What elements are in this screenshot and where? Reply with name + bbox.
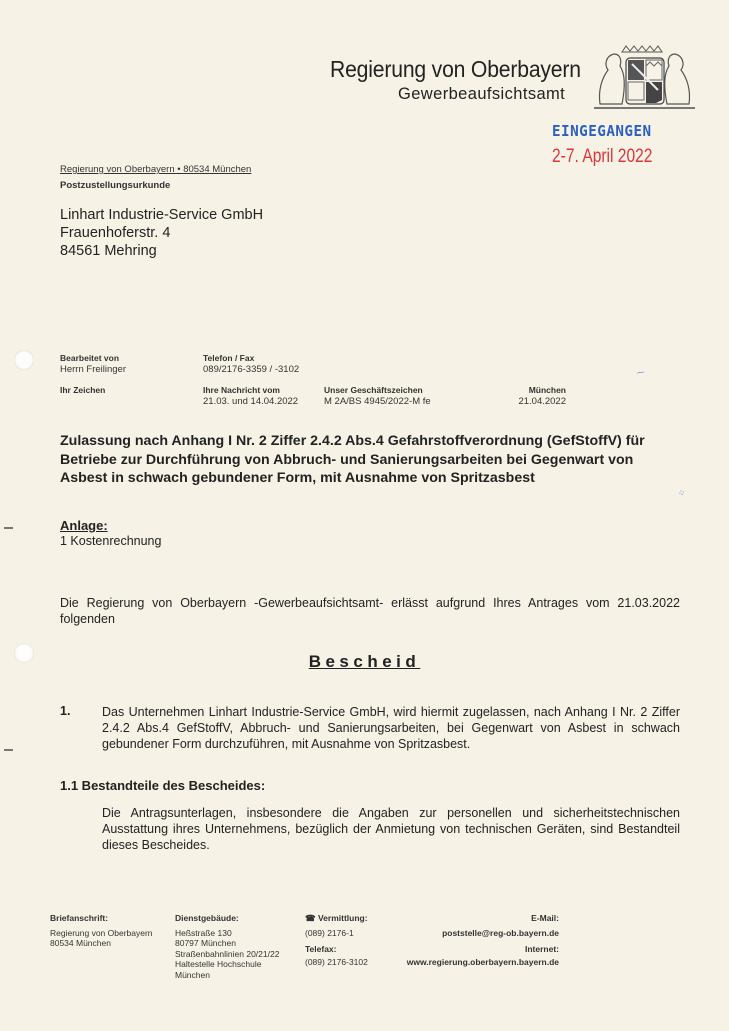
place-label: München	[500, 385, 566, 395]
received-stamp-date: 2-7. April 2022	[552, 146, 652, 168]
section-number: 1.	[60, 704, 70, 718]
footer-postal-address: Briefanschrift: Regierung von Oberbayern…	[50, 913, 153, 949]
footer-phone: ☎ Vermittlung: (089) 2176-1 Telefax: (08…	[305, 913, 368, 967]
department-name: Gewerbeaufsichtsamt	[398, 85, 565, 104]
recipient-street: Frauenhoferstr. 4	[60, 224, 263, 242]
our-reference-label: Unser Geschäftszeichen	[324, 385, 423, 395]
footer-fax-value: (089) 2176-3102	[305, 957, 368, 968]
footer-postal-line: 80534 München	[50, 938, 153, 949]
coat-of-arms-icon	[592, 44, 697, 114]
telephone-icon: ☎	[305, 913, 316, 923]
footer-postal-line: Regierung von Oberbayern	[50, 928, 153, 939]
footer-email-label: E-Mail:	[531, 913, 559, 923]
footer-switchboard-value: (089) 2176-1	[305, 928, 368, 939]
footer-office-line: 80797 München	[175, 938, 279, 949]
phone-fax-label: Telefon / Fax	[203, 353, 254, 363]
handled-by-value: Herrn Freilinger	[60, 364, 126, 375]
footer-office-line: Straßenbahnlinien 20/21/22	[175, 949, 279, 960]
attachment-heading: Anlage:	[60, 518, 108, 533]
fold-mark-1	[4, 527, 13, 529]
subject-line: Zulassung nach Anhang I Nr. 2 Ziffer 2.4…	[60, 432, 680, 488]
your-message-value: 21.03. und 14.04.2022	[203, 396, 298, 407]
section-1-1-text: Die Antragsunterlagen, insbesondere die …	[102, 805, 680, 853]
fold-mark-2	[4, 749, 13, 751]
delivery-note: Postzustellungsurkunde	[60, 180, 170, 191]
footer-fax-label: Telefax:	[305, 944, 368, 955]
footer-internet-value[interactable]: www.regierung.oberbayern.bayern.de	[380, 957, 559, 968]
footer-office-line: München	[175, 970, 279, 981]
footer-postal-label: Briefanschrift:	[50, 913, 108, 923]
footer-online: E-Mail: poststelle@reg-ob.bayern.de Inte…	[380, 913, 559, 967]
footer-office: Dienstgebäude: Heßstraße 130 80797 Münch…	[175, 913, 279, 980]
decision-title: Bescheid	[0, 652, 729, 672]
recipient-city: 84561 Mehring	[60, 242, 263, 260]
ink-speck: ～	[634, 365, 647, 380]
recipient-address: Linhart Industrie-Service GmbH Frauenhof…	[60, 206, 263, 260]
ink-speck: ⁘	[676, 487, 687, 500]
your-reference-label: Ihr Zeichen	[60, 385, 105, 395]
your-message-label: Ihre Nachricht vom	[203, 385, 280, 395]
handled-by-label: Bearbeitet von	[60, 353, 119, 363]
our-reference-value: M 2A/BS 4945/2022-M fe	[324, 396, 431, 407]
letter-date: 21.04.2022	[500, 396, 566, 407]
return-address: Regierung von Oberbayern • 80534 München	[60, 164, 251, 175]
punch-hole-top	[14, 350, 34, 370]
phone-fax-value: 089/2176-3359 / -3102	[203, 364, 299, 375]
footer-email-value[interactable]: poststelle@reg-ob.bayern.de	[380, 928, 559, 939]
attachment-item: 1 Kostenrechnung	[60, 534, 161, 548]
recipient-name: Linhart Industrie-Service GmbH	[60, 206, 263, 224]
received-stamp: EINGEGANGEN	[552, 122, 652, 140]
footer-office-label: Dienstgebäude:	[175, 913, 239, 923]
footer-internet-label: Internet:	[380, 944, 559, 955]
section-1-1-heading: 1.1 Bestandteile des Bescheides:	[60, 778, 265, 793]
authority-name: Regierung von Oberbayern	[330, 56, 581, 83]
footer-switchboard-label: Vermittlung:	[318, 913, 368, 923]
footer-office-line: Haltestelle Hochschule	[175, 959, 279, 970]
section-1-text: Das Unternehmen Linhart Industrie-Servic…	[102, 704, 680, 752]
footer-office-line: Heßstraße 130	[175, 928, 279, 939]
intro-paragraph: Die Regierung von Oberbayern -Gewerbeauf…	[60, 595, 680, 627]
